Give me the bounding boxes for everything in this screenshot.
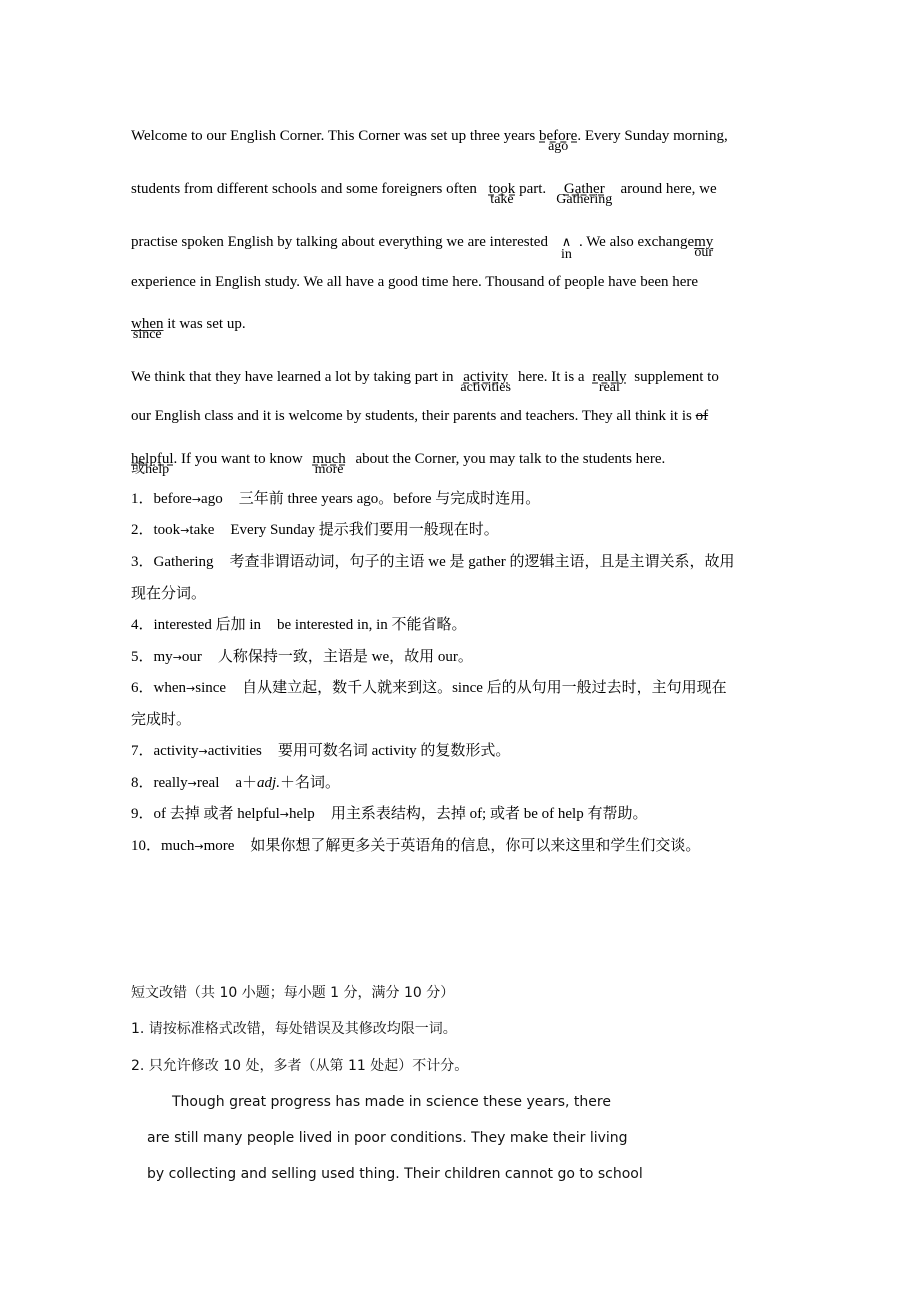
arrow-icon: → [199, 745, 208, 758]
document-page: Welcome to our English Corner. This Corn… [0, 0, 920, 1302]
arrow-icon: → [194, 840, 203, 853]
answer-6-cont: 完成时。 [131, 711, 191, 729]
answer-9: 9．of 去掉 或者 helpful→help用主系表结构，去掉 of; 或者 … [131, 805, 647, 824]
corrected-word: activities [460, 381, 511, 395]
corrected-word: more [315, 463, 344, 477]
correction-activity-activities: activityactivities [463, 368, 508, 386]
corrected-word: 或help [131, 463, 169, 477]
rule-1: 1. 请按标准格式改错，每处错误及其修改均限一词。 [131, 1020, 457, 1038]
answer-6: 6．when→since自从建立起，数千人就来到这。since 后的从句用一般过… [131, 679, 727, 698]
text: . We also exchange [575, 234, 694, 250]
answer-2: 2．took→takeEvery Sunday 提示我们要用一般现在时。 [131, 521, 499, 540]
exercise-line-1: Though great progress has made in scienc… [172, 1093, 611, 1111]
text: it was set up. [164, 316, 246, 332]
arrow-icon: → [280, 808, 289, 821]
text: around here, we [617, 181, 717, 197]
answer-4: 4．interested 后加 inbe interested in, in 不… [131, 616, 467, 634]
correction-took-take: tooktake [489, 180, 516, 198]
text: . Every Sunday morning, [577, 128, 727, 144]
answer-10: 10．much→more如果你想了解更多关于英语角的信息，你可以来这里和学生们交… [131, 837, 700, 856]
correction-gather-gathering: GatherGathering [564, 180, 605, 198]
text: here. It is a [514, 369, 588, 385]
correction-my-our: myour [694, 233, 713, 251]
arrow-icon: → [173, 651, 182, 664]
passage-line-3: practise spoken English by talking about… [131, 233, 713, 252]
answer-8: 8．really→reala＋adj.＋名词。 [131, 774, 340, 793]
answer-1: 1．before→ago三年前 three years ago。before 与… [131, 490, 540, 509]
text: part. [515, 181, 550, 197]
arrow-icon: → [192, 493, 201, 506]
correction-helpful-help: helpful或help [131, 450, 174, 468]
answer-7: 7．activity→activities要用可数名词 activity 的复数… [131, 742, 510, 761]
text: We think that they have learned a lot by… [131, 369, 457, 385]
correction-really-real: reallyreal [592, 368, 626, 386]
passage-line-5: whensince it was set up. [131, 315, 246, 333]
text: Welcome to our English Corner. This Corn… [131, 128, 539, 144]
text: experience in English study. We all have… [131, 274, 698, 290]
text: supplement to [631, 369, 719, 385]
corrected-word: real [599, 381, 620, 395]
arrow-icon: → [188, 777, 197, 790]
insertion-in: ∧in [562, 233, 572, 252]
corrected-word: since [133, 328, 162, 342]
passage-line-2: students from different schools and some… [131, 180, 717, 198]
correction-when-since: whensince [131, 315, 164, 333]
correction-before-ago: beforeago [539, 127, 577, 145]
answer-3-cont: 现在分词。 [131, 585, 206, 603]
arrow-icon: → [186, 682, 195, 695]
deleted-word: of [696, 408, 709, 424]
corrected-word: Gathering [556, 193, 612, 207]
corrected-word: ago [548, 140, 568, 154]
corrected-word: our [694, 246, 713, 260]
rule-2: 2. 只允许修改 10 处，多者（从第 11 处起）不计分。 [131, 1057, 468, 1075]
passage-line-8: helpful或help. If you want to know muchmo… [131, 450, 665, 468]
text: practise spoken English by talking about… [131, 234, 552, 250]
passage-line-7: our English class and it is welcome by s… [131, 407, 708, 425]
answer-3: 3．Gathering考查非谓语动词，句子的主语 we 是 gather 的逻辑… [131, 553, 734, 571]
passage-line-4: experience in English study. We all have… [131, 273, 698, 291]
text: about the Corner, you may talk to the st… [352, 451, 666, 467]
exercise-line-2: are still many people lived in poor cond… [147, 1129, 628, 1147]
exercise-line-3: by collecting and selling used thing. Th… [147, 1165, 643, 1183]
corrected-word: take [490, 193, 513, 207]
text: students from different schools and some… [131, 181, 481, 197]
text: our English class and it is welcome by s… [131, 408, 696, 424]
passage-line-1: Welcome to our English Corner. This Corn… [131, 127, 728, 145]
answer-5: 5．my→our人称保持一致，主语是 we，故用 our。 [131, 648, 473, 667]
text: . If you want to know [174, 451, 307, 467]
section-title: 短文改错（共 10 小题；每小题 1 分，满分 10 分） [131, 984, 454, 1002]
corrected-word: in [561, 248, 572, 262]
correction-much-more: muchmore [312, 450, 345, 468]
passage-line-6: We think that they have learned a lot by… [131, 368, 719, 386]
